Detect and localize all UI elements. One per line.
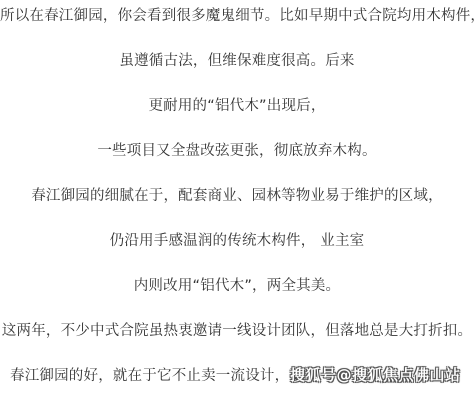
article-body: 所以在春江御园，你会看到很多魔鬼细节。比如早期中式合院均用木构件， 虽遵循古法，… xyxy=(0,0,474,395)
paragraph-line: 内则改用“铝代木”，两全其美。 xyxy=(0,276,474,296)
paragraph-line: 仍沿用手感温润的传统木构件， 业主室 xyxy=(0,231,474,251)
watermark: 搜狐号@搜狐焦点佛山站 xyxy=(290,364,461,385)
paragraph-line: 一些项目又全盘改弦更张，彻底放弃木构。 xyxy=(0,141,474,161)
paragraph-line: 春江御园的细腻在于，配套商业、园林等物业易于维护的区域， xyxy=(0,186,474,206)
paragraph-line: 这两年，不少中式合院虽热衷邀请一线设计团队，但落地总是大打折扣。 xyxy=(0,321,474,341)
paragraph-line: 虽遵循古法，但维保难度很高。后来 xyxy=(0,51,474,71)
paragraph-line: 更耐用的“铝代木”出现后， xyxy=(0,96,474,116)
paragraph-line: 所以在春江御园，你会看到很多魔鬼细节。比如早期中式合院均用木构件， xyxy=(0,6,474,26)
